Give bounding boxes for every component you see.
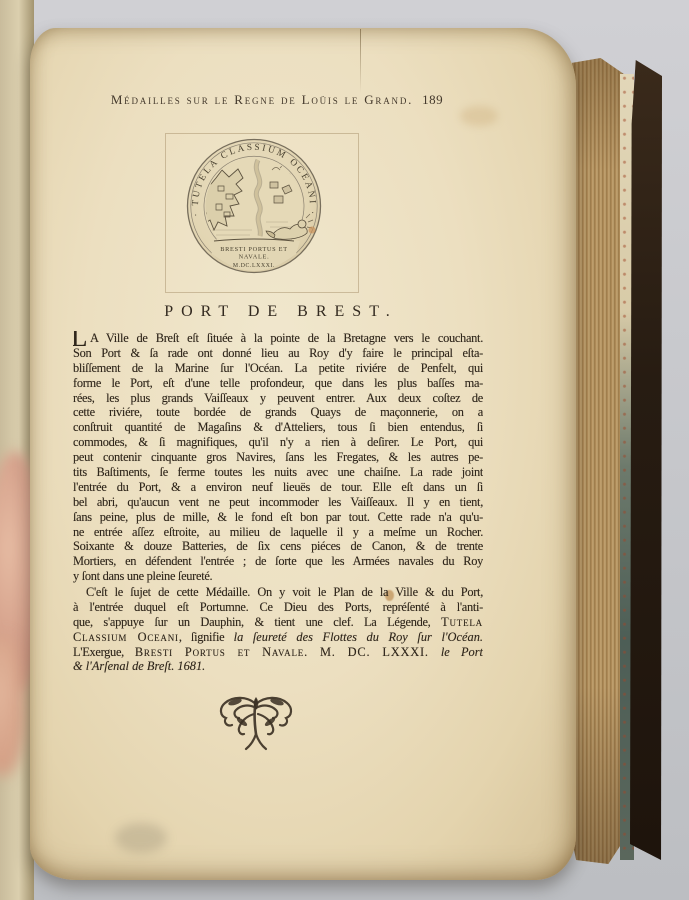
text-line: peut contenir cinquante gros Navires, ſa… xyxy=(73,450,483,465)
fleuron-ornament xyxy=(213,694,299,752)
book-page: Médailles sur le Regne de Loüis le Grand… xyxy=(30,28,576,880)
smudge-stain xyxy=(115,823,167,853)
running-header: Médailles sur le Regne de Loüis le Grand… xyxy=(70,92,484,108)
body-paragraph-1: LA Ville de Breſt eſt ſituée à la pointe… xyxy=(73,331,483,584)
medal-exergue-line1: BRESTI PORTUS ET xyxy=(220,246,288,253)
foxing-stain xyxy=(460,106,498,126)
body-paragraph-2: C'eſt le ſujet de cette Médaille. On y v… xyxy=(73,585,483,674)
text-line: y ſont dans une pleine ſeureté. xyxy=(73,569,483,584)
text-line: tits Baſtiments, ſe ferme toutes les nui… xyxy=(73,465,483,480)
text-line: ne entrée aſſez eſtroite, au milieu de l… xyxy=(73,525,483,540)
text-line: C'eſt le ſujet de cette Médaille. On y v… xyxy=(73,585,483,600)
text-line: & l'Arſenal de Breſt. 1681. xyxy=(73,659,483,674)
page-crease xyxy=(360,29,361,93)
text-line: bliſſement de la Marine ſur l'Océan. La … xyxy=(73,361,483,376)
text-line: l'entrée du Port, & a environ neuf lieuë… xyxy=(73,480,483,495)
medal-plate-engraving: · TUTELA CLASSIUM OCEANI · xyxy=(165,133,359,293)
section-title: PORT DE BREST. xyxy=(72,303,482,321)
running-header-title: Médailles sur le Regne de Loüis le Grand… xyxy=(111,92,413,107)
orange-stain xyxy=(309,227,316,234)
text-line: LA Ville de Breſt eſt ſituée à la pointe… xyxy=(73,331,483,346)
medal-exergue-line2: NAVALE. xyxy=(239,254,270,261)
text-line: Son Port & ſa rade ont donné lieu au Roy… xyxy=(73,346,483,361)
text-line: commodes, & ſi magnifiques, qu'il n'y a … xyxy=(73,435,483,450)
book-photograph: Médailles sur le Regne de Loüis le Grand… xyxy=(0,0,689,900)
text-line: ſans peine, plus de mille, & le fond eſt… xyxy=(73,510,483,525)
text-line: que, s'appuye ſur un Dauphin, & tient un… xyxy=(73,615,483,630)
book-fore-edge-pages xyxy=(572,58,624,864)
text-line: conſtruit quantité de Magaſins & d'Attel… xyxy=(73,420,483,435)
medal-engraving: · TUTELA CLASSIUM OCEANI · xyxy=(166,134,358,292)
text-line: L'Exergue, Bresti Portus et Navale. M. D… xyxy=(73,645,483,660)
text-line: Soixante & douze Batteries, de ſix cens … xyxy=(73,539,483,554)
text-line: rées, les plus grands Vaiſſeaux y peuven… xyxy=(73,391,483,406)
text-line: Classium Oceani, ſignifie la ſeureté des… xyxy=(73,630,483,645)
fleuron-icon xyxy=(213,694,299,752)
text-line: cette riviére, toute bordée de grands Qu… xyxy=(73,405,483,420)
drop-cap-initial: L xyxy=(73,331,88,346)
text-line: forme le Port, eſt d'une telle profondeu… xyxy=(73,376,483,391)
text-line: à l'entrée duquel eſt Portumne. Ce Dieu … xyxy=(73,600,483,615)
book-cover-board xyxy=(630,60,662,860)
page-number: 189 xyxy=(422,92,443,107)
medal-exergue-line3: M.DC.LXXXI. xyxy=(233,263,275,269)
text-line: bel abri, qu'aucun vent ne peut incommod… xyxy=(73,495,483,510)
text-line: Mortiers, en défendent l'entrée ; de ſor… xyxy=(73,554,483,569)
